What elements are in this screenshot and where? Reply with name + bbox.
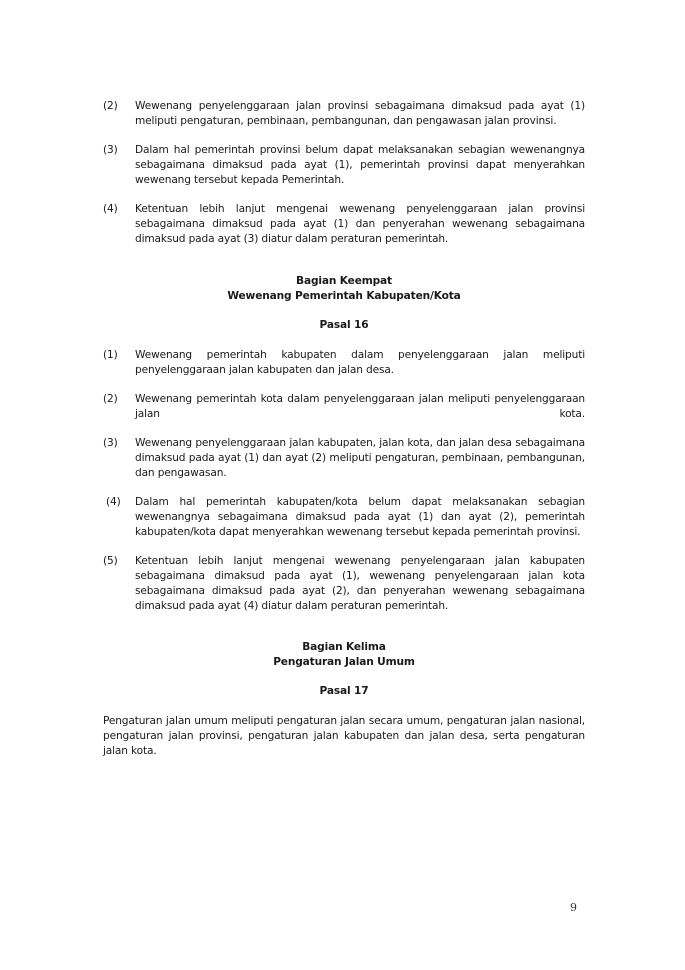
ayat-item: (2) Wewenang penyelenggaraan jalan provi… xyxy=(103,99,585,129)
ayat-item: (4) Dalam hal pemerintah kabupaten/kota … xyxy=(103,495,585,540)
pasal-paragraph: Pengaturan jalan umum meliputi pengatura… xyxy=(103,714,585,759)
ayat-text: Wewenang penyelenggaraan jalan kabupaten… xyxy=(135,436,585,481)
ayat-text: Wewenang penyelenggaraan jalan provinsi … xyxy=(135,99,585,129)
ayat-number: (2) xyxy=(103,99,135,129)
section-title: Bagian Keempat xyxy=(103,274,585,289)
ayat-text: Dalam hal pemerintah provinsi belum dapa… xyxy=(135,143,585,188)
ayat-item: (2) Wewenang pemerintah kota dalam penye… xyxy=(103,392,585,422)
ayat-number: (3) xyxy=(103,143,135,188)
page-number: 9 xyxy=(570,901,577,914)
ayat-text: Wewenang pemerintah kabupaten dalam peny… xyxy=(135,348,585,378)
ayat-item: (1) Wewenang pemerintah kabupaten dalam … xyxy=(103,348,585,378)
ayat-number: (1) xyxy=(103,348,135,378)
section-subtitle: Wewenang Pemerintah Kabupaten/Kota xyxy=(103,289,585,304)
ayat-text: Wewenang pemerintah kota dalam penyeleng… xyxy=(135,392,585,422)
section-title: Bagian Kelima xyxy=(103,640,585,655)
ayat-item: (3) Wewenang penyelenggaraan jalan kabup… xyxy=(103,436,585,481)
ayat-number: (4) xyxy=(103,202,135,247)
ayat-number: (3) xyxy=(103,436,135,481)
ayat-item: (3) Dalam hal pemerintah provinsi belum … xyxy=(103,143,585,188)
ayat-number: (2) xyxy=(103,392,135,422)
page-content: (2) Wewenang penyelenggaraan jalan provi… xyxy=(103,99,585,759)
section-heading: Bagian Kelima Pengaturan Jalan Umum xyxy=(103,640,585,670)
ayat-text: Dalam hal pemerintah kabupaten/kota belu… xyxy=(135,495,585,540)
pasal-heading: Pasal 17 xyxy=(103,684,585,699)
pasal-heading: Pasal 16 xyxy=(103,318,585,333)
ayat-number: (4) xyxy=(103,495,135,540)
ayat-text: Ketentuan lebih lanjut mengenai wewenang… xyxy=(135,554,585,614)
document-page: (2) Wewenang penyelenggaraan jalan provi… xyxy=(0,0,685,970)
ayat-number: (5) xyxy=(103,554,135,614)
ayat-item: (5) Ketentuan lebih lanjut mengenai wewe… xyxy=(103,554,585,614)
ayat-text: Ketentuan lebih lanjut mengenai wewenang… xyxy=(135,202,585,247)
ayat-item: (4) Ketentuan lebih lanjut mengenai wewe… xyxy=(103,202,585,247)
section-subtitle: Pengaturan Jalan Umum xyxy=(103,655,585,670)
section-heading: Bagian Keempat Wewenang Pemerintah Kabup… xyxy=(103,274,585,304)
